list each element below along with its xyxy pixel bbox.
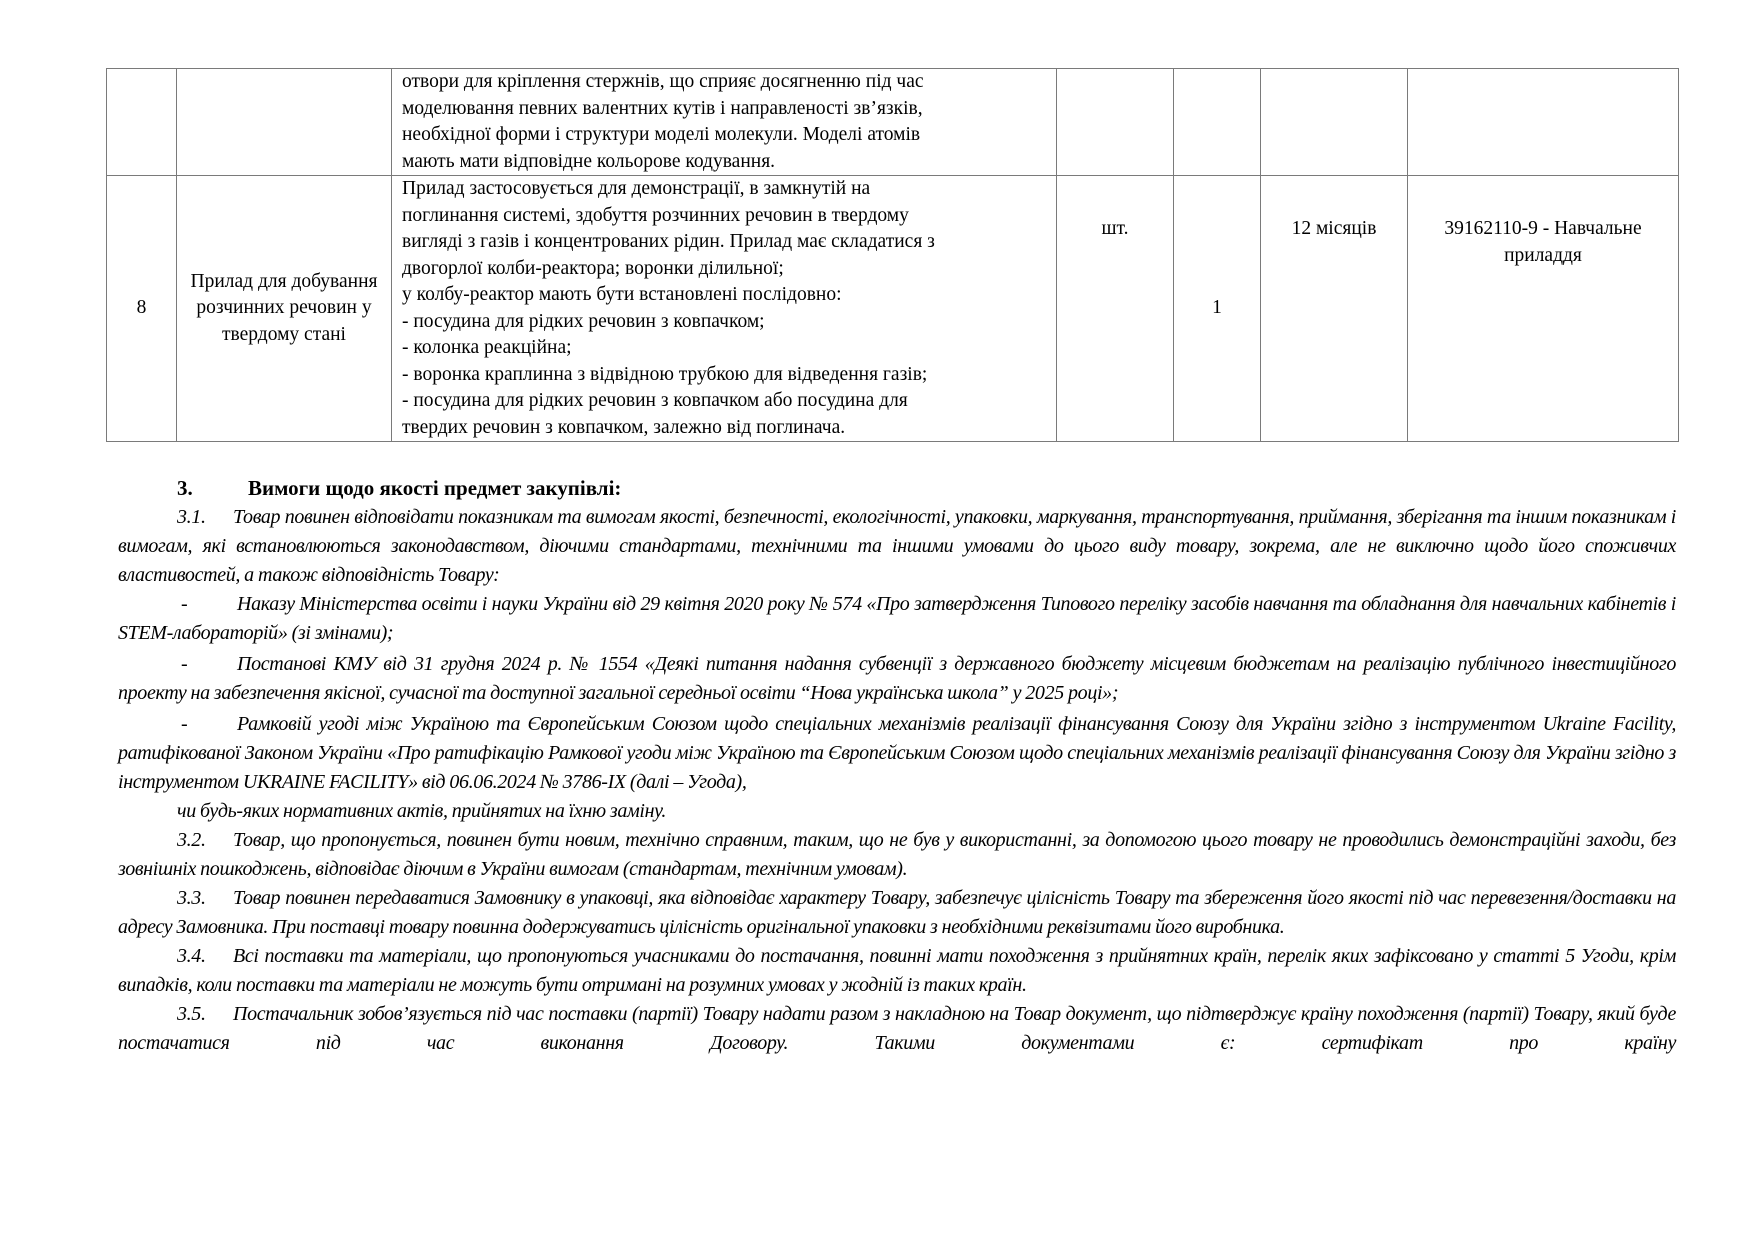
description-cell: Прилад застосовується для демонстрації, … <box>392 176 1057 442</box>
description-line: у колбу-реактор мають бути встановлені п… <box>402 282 1052 309</box>
quality-requirements-section: 3.Вимоги щодо якості предмет закупівлі: … <box>118 474 1676 1058</box>
clause-3-2: 3.2.Товар, що пропонується, повинен бути… <box>118 826 1676 884</box>
unit-cell: шт. <box>1057 176 1174 442</box>
description-line: поглинання системі, здобуття розчинних р… <box>402 203 1052 230</box>
clause-number: 3.3. <box>177 884 233 913</box>
bullet-dash: - <box>118 710 237 739</box>
bullet-item: -Постанові КМУ від 31 грудня 2024 р. № 1… <box>118 650 1676 708</box>
description-line: - воронка краплинна з відвідною трубкою … <box>402 362 1052 389</box>
clause-3-1: 3.1.Товар повинен відповідати показникам… <box>118 503 1676 590</box>
bullet-dash: - <box>118 650 237 679</box>
bullet-text: Постанові КМУ від 31 грудня 2024 р. № 15… <box>118 653 1676 704</box>
clause-text: Постачальник зобов’язується під час пост… <box>118 1003 1676 1054</box>
warranty-cell: 12 місяців <box>1261 176 1408 442</box>
clause-number: 3.5. <box>177 1000 233 1029</box>
section-title: Вимоги щодо якості предмет закупівлі: <box>248 476 621 500</box>
bullet-item: -Наказу Міністерства освіти і науки Укра… <box>118 590 1676 648</box>
classifier-code-cell: 39162110-9 - Навчальне приладдя <box>1408 176 1679 442</box>
description-line: отвори для кріплення стержнів, що сприяє… <box>402 69 1052 96</box>
item-name-cell: Прилад для добування розчинних речовин у… <box>177 176 392 442</box>
section-number: 3. <box>177 474 248 503</box>
clause-number: 3.1. <box>177 503 233 532</box>
after-bullets-text: чи будь-яких нормативних актів, прийняти… <box>118 797 1676 826</box>
classifier-code-cell <box>1408 69 1679 176</box>
description-line: - посудина для рідких речовин з ковпачко… <box>402 388 1052 415</box>
bullet-dash: - <box>118 590 237 619</box>
clause-text: Всі поставки та матеріали, що пропонують… <box>118 945 1676 996</box>
description-line: мають мати відповідне кольорове кодуванн… <box>402 149 1052 176</box>
quantity-cell <box>1174 69 1261 176</box>
clause-3-5: 3.5.Постачальник зобов’язується під час … <box>118 1000 1676 1058</box>
clause-text: Товар повинен передаватися Замовнику в у… <box>118 887 1676 938</box>
description-line: двогорлої колби-реактора; воронки ділиль… <box>402 256 1052 283</box>
item-name-cell <box>177 69 392 176</box>
clause-number: 3.2. <box>177 826 233 855</box>
description-line: твердих речовин з ковпачком, залежно від… <box>402 415 1052 442</box>
bullet-text: Рамковій угоді між Україною та Європейсь… <box>118 713 1676 793</box>
description-line: - посудина для рідких речовин з ковпачко… <box>402 309 1052 336</box>
description-line: - колонка реакційна; <box>402 335 1052 362</box>
clause-3-4: 3.4.Всі поставки та матеріали, що пропон… <box>118 942 1676 1000</box>
clause-text: Товар повинен відповідати показникам та … <box>118 506 1676 586</box>
row-number-cell: 8 <box>107 176 177 442</box>
unit-cell <box>1057 69 1174 176</box>
specification-table: отвори для кріплення стержнів, що сприяє… <box>106 68 1679 442</box>
description-cell: отвори для кріплення стержнів, що сприяє… <box>392 69 1057 176</box>
description-line: вигляді з газів і концентрованих рідин. … <box>402 229 1052 256</box>
table-row: 8 Прилад для добування розчинних речовин… <box>107 176 1679 442</box>
description-line: Прилад застосовується для демонстрації, … <box>402 176 1052 203</box>
clause-3-3: 3.3.Товар повинен передаватися Замовнику… <box>118 884 1676 942</box>
warranty-cell <box>1261 69 1408 176</box>
clause-number: 3.4. <box>177 942 233 971</box>
clause-text: Товар, що пропонується, повинен бути нов… <box>118 829 1676 880</box>
description-line: необхідної форми і структури моделі моле… <box>402 122 1052 149</box>
quantity-cell: 1 <box>1174 176 1261 442</box>
row-number-cell <box>107 69 177 176</box>
bullet-text: Наказу Міністерства освіти і науки Украї… <box>118 593 1676 644</box>
document-page: отвори для кріплення стержнів, що сприяє… <box>0 0 1755 1241</box>
section-heading: 3.Вимоги щодо якості предмет закупівлі: <box>118 474 1676 503</box>
table-row: отвори для кріплення стержнів, що сприяє… <box>107 69 1679 176</box>
description-line: моделювання певних валентних кутів і нап… <box>402 96 1052 123</box>
bullet-item: -Рамковій угоді між Україною та Європейс… <box>118 710 1676 797</box>
